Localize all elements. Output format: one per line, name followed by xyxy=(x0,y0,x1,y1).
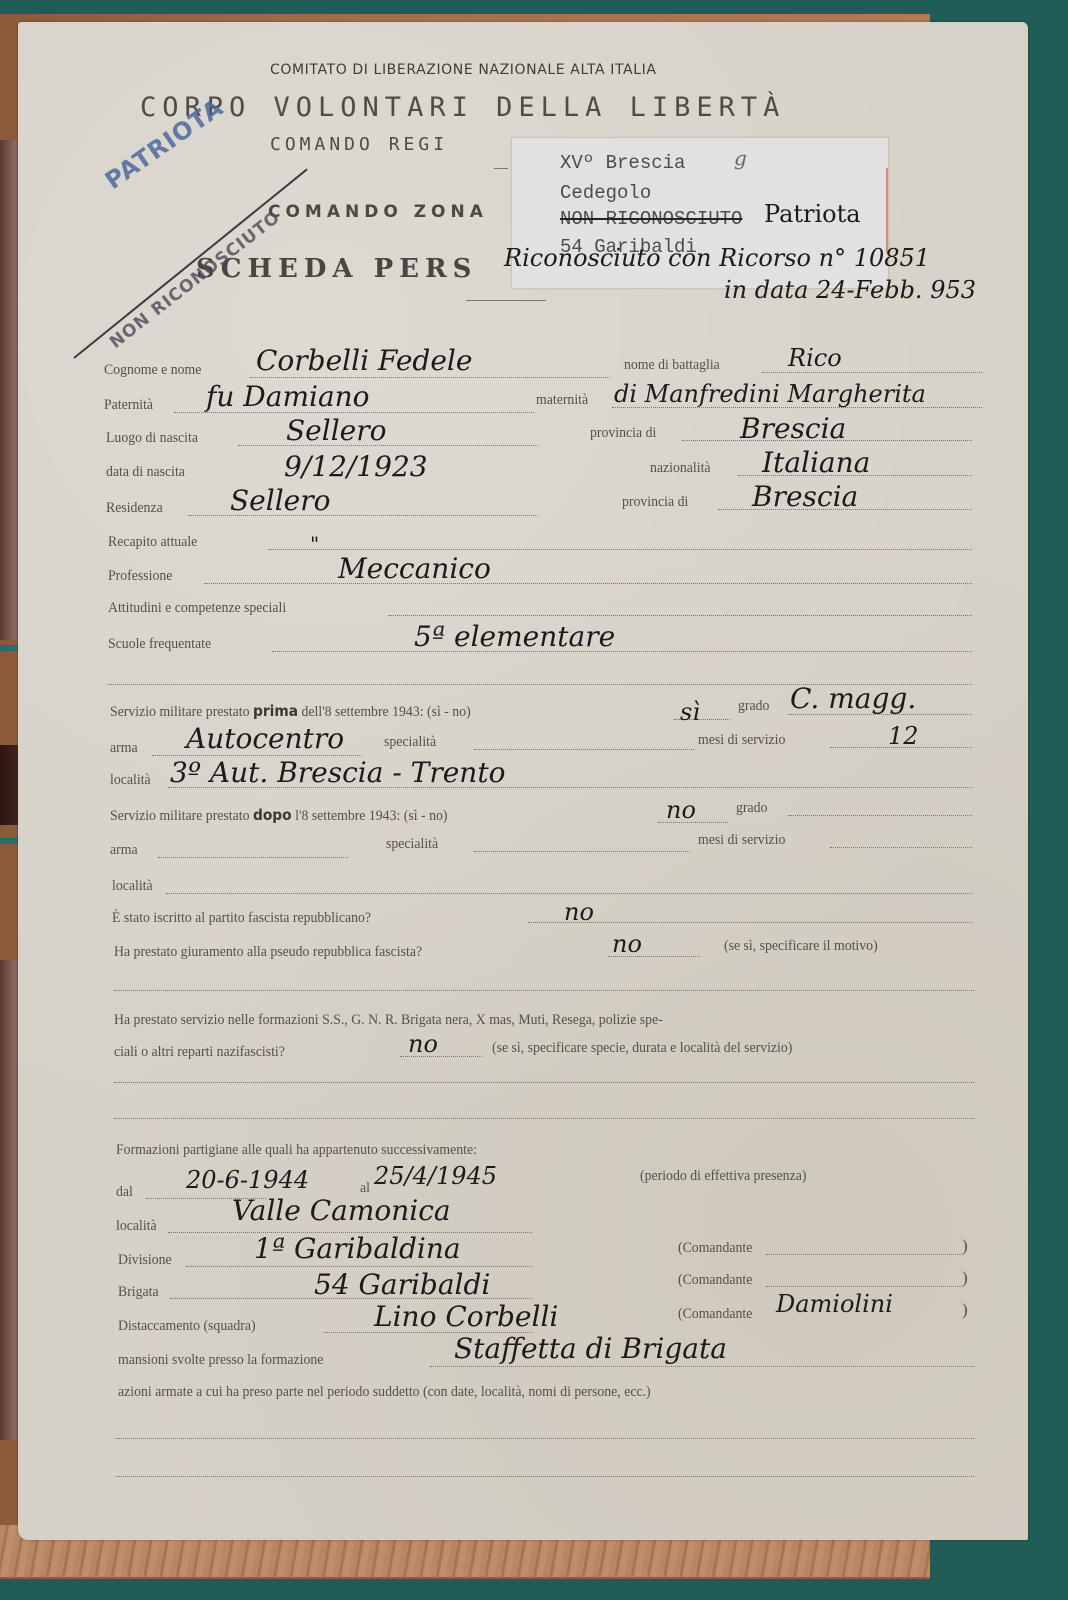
value-ss[interactable]: no xyxy=(408,1030,438,1058)
label-localita-dopo: località xyxy=(112,878,153,895)
label-nazionalita: nazionalità xyxy=(650,460,711,477)
value-grado[interactable]: C. magg. xyxy=(790,682,916,715)
value-al[interactable]: 25/4/1945 xyxy=(374,1162,497,1190)
label-residenza: Residenza xyxy=(106,500,163,517)
value-mesi[interactable]: 12 xyxy=(888,722,919,750)
value-distaccamento[interactable]: Lino Corbelli xyxy=(374,1300,558,1333)
value-pfr[interactable]: no xyxy=(564,898,594,926)
value-maternita[interactable]: di Manfredini Margherita xyxy=(614,380,926,408)
label-maternita: maternità xyxy=(536,392,588,409)
value-recapito[interactable]: " xyxy=(310,532,319,556)
label-specialita-dopo: specialità xyxy=(386,836,438,853)
value-arma[interactable]: Autocentro xyxy=(186,722,344,755)
label-cognome-nome: Cognome e nome xyxy=(104,362,201,379)
label-comandante-divisione: (Comandante xyxy=(678,1240,752,1257)
label-nome-battaglia: nome di battaglia xyxy=(624,357,720,374)
label-grado: grado xyxy=(738,698,769,715)
personal-record-form: COMITATO DI LIBERAZIONE NAZIONALE ALTA I… xyxy=(18,22,1028,1540)
zone-command-heading: COMANDO ZONA xyxy=(268,202,488,222)
label-oath: Ha prestato giuramento alla pseudo repub… xyxy=(114,944,422,961)
committee-heading: COMITATO DI LIBERAZIONE NAZIONALE ALTA I… xyxy=(270,62,657,78)
label-dal: dal xyxy=(116,1184,133,1201)
value-scuole[interactable]: 5ª elementare xyxy=(414,620,615,653)
recognition-annotation: Riconosciuto con Ricorso n° 10851 xyxy=(504,244,930,272)
value-luogo-nascita[interactable]: Sellero xyxy=(286,414,386,447)
recognition-date: in data 24-Febb. 953 xyxy=(724,276,976,304)
label-mansioni: mansioni svolte presso la formazione xyxy=(118,1352,323,1369)
label-data-nascita: data di nascita xyxy=(106,464,185,481)
value-cognome-nome[interactable]: Corbelli Fedele xyxy=(256,344,472,377)
label-arma-dopo: arma xyxy=(110,842,138,859)
value-mansioni[interactable]: Staffetta di Brigata xyxy=(454,1332,727,1365)
value-provincia-nascita[interactable]: Brescia xyxy=(740,412,846,445)
label-recapito: Recapito attuale xyxy=(108,534,197,551)
period-note: (periodo di effettiva presenza) xyxy=(640,1168,806,1185)
value-professione[interactable]: Meccanico xyxy=(338,552,491,585)
label-localita-partisan: località xyxy=(116,1218,157,1235)
value-nome-battaglia[interactable]: Rico xyxy=(788,344,842,372)
label-distaccamento: Distaccamento (squadra) xyxy=(118,1318,256,1335)
value-paternita[interactable]: fu Damiano xyxy=(206,380,370,413)
label-arma: arma xyxy=(110,740,138,757)
slip-mark: g xyxy=(734,146,747,170)
value-oath[interactable]: no xyxy=(612,930,642,958)
label-partisan-intro: Formazioni partigiane alle quali ha appa… xyxy=(116,1142,477,1159)
label-servizio-dopo: Servizio militare prestato dopo l'8 sett… xyxy=(110,806,447,825)
regional-command-heading: COMANDO REGI xyxy=(270,134,448,155)
value-provincia-residenza[interactable]: Brescia xyxy=(752,480,858,513)
label-servizio-prima: Servizio militare prestato prima dell'8 … xyxy=(110,702,471,721)
label-pfr: È stato iscritto al partito fascista rep… xyxy=(112,910,371,927)
oath-note: (se sì, specificare il motivo) xyxy=(724,938,878,955)
label-provincia-nascita: provincia di xyxy=(590,425,656,442)
value-divisione[interactable]: 1ª Garibaldina xyxy=(254,1232,461,1265)
title-rule xyxy=(466,300,546,301)
label-specialita: specialità xyxy=(384,734,436,751)
value-servizio-dopo[interactable]: no xyxy=(666,796,696,824)
value-residenza[interactable]: Sellero xyxy=(230,484,330,517)
value-localita-partisan[interactable]: Valle Camonica xyxy=(232,1194,451,1227)
slip-status-struck: NON RICONOSCIUTO xyxy=(560,208,742,230)
label-attitudini: Attitudini e competenze speciali xyxy=(108,600,286,617)
rule xyxy=(494,168,508,169)
label-mesi: mesi di servizio xyxy=(698,732,785,749)
label-provincia-residenza: provincia di xyxy=(622,494,688,511)
slip-status-correction: Patriota xyxy=(764,200,861,228)
value-data-nascita[interactable]: 9/12/1923 xyxy=(284,450,428,483)
corps-heading: CORPO VOLONTARI DELLA LIBERTÀ xyxy=(140,92,785,123)
label-divisione: Divisione xyxy=(118,1252,172,1269)
label-comandante-distaccamento: (Comandante xyxy=(678,1306,752,1323)
label-mesi-dopo: mesi di servizio xyxy=(698,832,785,849)
label-comandante-brigata: (Comandante xyxy=(678,1272,752,1289)
value-localita-prima[interactable]: 3º Aut. Brescia - Trento xyxy=(170,756,505,789)
slip-town: Cedegolo xyxy=(560,182,651,204)
slip-unit: XVº Brescia xyxy=(560,152,685,174)
value-nazionalita[interactable]: Italiana xyxy=(762,446,870,479)
label-azioni: azioni armate a cui ha preso parte nel p… xyxy=(118,1384,651,1401)
value-servizio-prima[interactable]: sì xyxy=(680,698,700,726)
label-brigata: Brigata xyxy=(118,1284,159,1301)
value-dal[interactable]: 20-6-1944 xyxy=(186,1166,309,1194)
label-ss-line1: Ha prestato servizio nelle formazioni S.… xyxy=(114,1012,663,1029)
label-grado-dopo: grado xyxy=(736,800,767,817)
value-brigata[interactable]: 54 Garibaldi xyxy=(314,1268,490,1301)
label-localita-prima: località xyxy=(110,772,151,789)
label-luogo-nascita: Luogo di nascita xyxy=(106,430,198,447)
label-ss-line2: ciali o altri reparti nazifascisti? xyxy=(114,1044,285,1061)
label-paternita: Paternità xyxy=(104,397,153,414)
label-scuole: Scuole frequentate xyxy=(108,636,211,653)
comandante-signature: Damiolini xyxy=(776,1290,893,1318)
ss-note: (se sì, specificare specie, durata e loc… xyxy=(492,1040,792,1057)
label-professione: Professione xyxy=(108,568,172,585)
